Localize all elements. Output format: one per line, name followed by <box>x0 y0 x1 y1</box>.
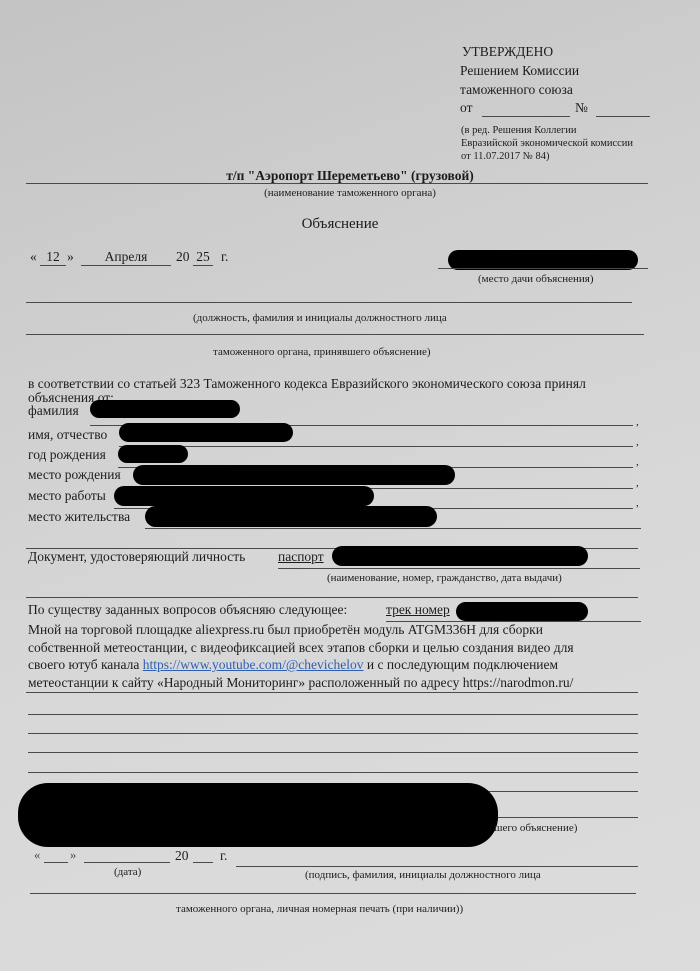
field-label-birth-year: год рождения <box>28 447 106 463</box>
date-open-quote: « <box>30 249 37 265</box>
approval-line-1: Решением Комиссии <box>460 63 579 79</box>
field-label-birthplace: место рождения <box>28 467 121 483</box>
field-separator: , <box>636 497 639 509</box>
youtube-link[interactable]: https://www.youtube.com/@chevichelov <box>143 657 364 672</box>
field-value-residence-redaction <box>145 506 437 527</box>
official-line-1[interactable] <box>26 302 632 303</box>
footer-close-quote: » <box>70 848 76 863</box>
blank-line[interactable] <box>28 714 638 715</box>
approval-line-2: таможенного союза <box>460 82 573 98</box>
document-title: Объяснение <box>20 216 660 233</box>
date-month-underline <box>81 265 171 266</box>
field-value-name-redaction <box>119 423 293 442</box>
date-year-prefix: 20 <box>176 249 190 265</box>
approval-number-blank[interactable] <box>596 116 650 117</box>
identity-document-label: Документ, удостоверяющий личность <box>28 549 245 565</box>
footer-signature-caption-2: таможенного органа, личная номерная печа… <box>176 903 463 915</box>
official-caption-1: (должность, фамилия и инициалы должностн… <box>193 312 447 324</box>
date-day-underline <box>40 265 66 266</box>
field-label-residence: место жительства <box>28 509 130 525</box>
explanation-line-4-underline <box>26 692 638 693</box>
field-label-name: имя, отчество <box>28 427 107 443</box>
explanation-line-3-suffix: и с последующим подключением <box>364 657 559 672</box>
footer-signature-caption-1: (подпись, фамилия, инициалы должностного… <box>305 869 541 881</box>
approval-note-3: от 11.07.2017 № 84) <box>461 151 549 162</box>
place-redaction <box>448 250 638 270</box>
field-value-surname-redaction <box>90 400 240 418</box>
approval-from-label: от <box>460 100 472 116</box>
field-value-birth-year-redaction <box>118 445 188 463</box>
date-year-suffix[interactable]: 25 <box>193 249 213 265</box>
place-caption: (место дачи объяснения) <box>478 273 594 285</box>
explanation-line-3-prefix: своего ютуб канала <box>28 657 143 672</box>
approval-date-blank[interactable] <box>482 116 570 117</box>
approval-note-1: (в ред. Решения Коллегии <box>461 125 577 136</box>
blank-line[interactable] <box>28 733 638 734</box>
footer-signature-line-2[interactable] <box>30 893 636 894</box>
field-separator: , <box>636 477 639 489</box>
identity-document-type: паспорт <box>278 549 324 565</box>
field-separator: , <box>636 416 639 428</box>
field-label-surname: фамилия <box>28 403 79 419</box>
blank-line[interactable] <box>28 772 638 773</box>
footer-year-prefix: 20 <box>175 848 189 864</box>
explanation-line-2: собственной метеостанции, с видеофиксаци… <box>28 640 574 656</box>
approval-title: УТВЕРЖДЕНО <box>462 44 553 60</box>
identity-document-line-2[interactable] <box>26 597 638 598</box>
date-day[interactable]: 12 <box>40 249 66 265</box>
explanation-intro: По существу заданных вопросов объясняю с… <box>28 602 347 618</box>
footer-day-blank[interactable] <box>44 862 68 863</box>
date-year-underline <box>193 265 213 266</box>
field-label-workplace: место работы <box>28 488 106 504</box>
footer-open-quote: « <box>34 848 40 863</box>
date-month[interactable]: Апреля <box>81 249 171 265</box>
blank-line[interactable] <box>28 752 638 753</box>
footer-date-caption: (дата) <box>114 866 141 878</box>
explanation-line-1: Мной на торговой площадке aliexpress.ru … <box>28 622 543 638</box>
signer-redaction <box>18 783 498 847</box>
approval-number-label: № <box>575 100 588 116</box>
footer-year-blank[interactable] <box>193 862 213 863</box>
explanation-line-3: своего ютуб канала https://www.youtube.c… <box>28 657 558 673</box>
field-value-workplace-redaction <box>114 486 374 506</box>
approval-note-2: Евразийской экономической комиссии <box>461 138 633 149</box>
date-close-quote: » <box>67 249 74 265</box>
signer-caption: шего объяснение) <box>494 822 577 834</box>
customs-body-name: т/п "Аэропорт Шереметьево" (грузовой) <box>20 168 680 184</box>
field-line-residence[interactable] <box>145 528 641 529</box>
date-year-unit: г. <box>221 249 228 265</box>
field-value-birthplace-redaction <box>133 465 455 485</box>
field-separator: , <box>636 456 639 468</box>
identity-document-line[interactable] <box>278 568 640 569</box>
track-number-redaction <box>456 602 588 621</box>
field-separator: , <box>636 436 639 448</box>
place-line[interactable] <box>438 268 648 269</box>
footer-signature-line[interactable] <box>236 866 638 867</box>
footer-month-blank[interactable] <box>84 862 170 863</box>
field-line-name[interactable] <box>119 446 633 447</box>
track-number-label: трек номер <box>386 602 450 618</box>
footer-year-unit: г. <box>220 848 227 864</box>
identity-document-value-redaction <box>332 546 588 566</box>
customs-body-caption: (наименование таможенного органа) <box>20 187 680 199</box>
identity-document-caption: (наименование, номер, гражданство, дата … <box>327 572 562 584</box>
official-line-2[interactable] <box>26 334 644 335</box>
customs-body-line <box>26 183 648 184</box>
official-caption-2: таможенного органа, принявшего объяснени… <box>213 346 431 358</box>
explanation-line-4: метеостанции к сайту «Народный Мониторин… <box>28 675 573 691</box>
